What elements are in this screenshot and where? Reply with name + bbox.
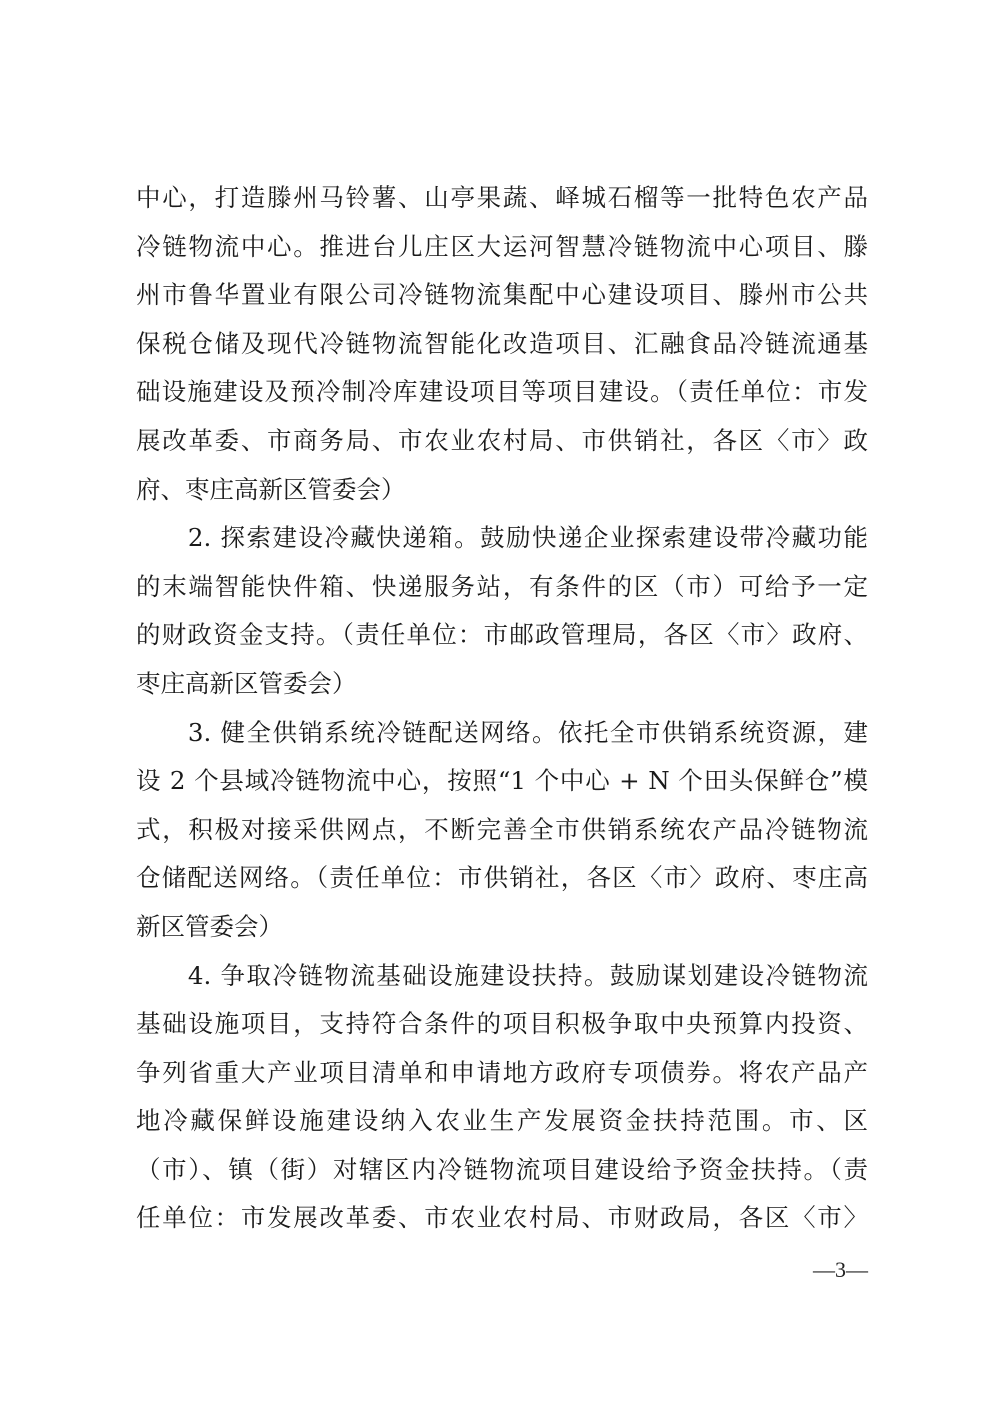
text-line: 州市鲁华置业有限公司冷链物流集配中心建设项目、滕州市公共 bbox=[136, 271, 868, 320]
text-line: 础设施建设及预冷制冷库建设项目等项目建设。（责任单位：市发 bbox=[136, 368, 868, 417]
text-line: 的财政资金支持。（责任单位：市邮政管理局，各区〈市〉政府、 bbox=[136, 611, 868, 660]
item-2-heading-line: 2. 探索建设冷藏快递箱。鼓励快递企业探索建设带冷藏功能 bbox=[136, 514, 868, 563]
text-line: 仓储配送网络。（责任单位：市供销社，各区〈市〉政府、枣庄高 bbox=[136, 854, 868, 903]
text-line: 冷链物流中心。推进台儿庄区大运河智慧冷链物流中心项目、滕 bbox=[136, 223, 868, 272]
item-3-heading-line: 3. 健全供销系统冷链配送网络。依托全市供销系统资源，建 bbox=[136, 709, 868, 758]
text-line: 新区管委会） bbox=[136, 903, 868, 952]
document-page: 中心，打造滕州马铃薯、山亭果蔬、峄城石榴等一批特色农产品 冷链物流中心。推进台儿… bbox=[0, 0, 1000, 1414]
text-line: 地冷藏保鲜设施建设纳入农业生产发展资金扶持范围。市、区 bbox=[136, 1097, 868, 1146]
text-line: 任单位：市发展改革委、市农业农村局、市财政局，各区〈市〉 bbox=[136, 1194, 868, 1243]
text-line: 基础设施项目，支持符合条件的项目积极争取中央预算内投资、 bbox=[136, 1000, 868, 1049]
text-line: 府、枣庄高新区管委会） bbox=[136, 466, 868, 515]
text-line: 争列省重大产业项目清单和申请地方政府专项债券。将农产品产 bbox=[136, 1049, 868, 1098]
text-line: 中心，打造滕州马铃薯、山亭果蔬、峄城石榴等一批特色农产品 bbox=[136, 174, 868, 223]
text-line: （市）、镇（街）对辖区内冷链物流项目建设给予资金扶持。（责 bbox=[136, 1146, 868, 1195]
page-number: —3— bbox=[796, 1256, 868, 1284]
body-text: 中心，打造滕州马铃薯、山亭果蔬、峄城石榴等一批特色农产品 冷链物流中心。推进台儿… bbox=[136, 174, 868, 1243]
item-4-heading-line: 4. 争取冷链物流基础设施建设扶持。鼓励谋划建设冷链物流 bbox=[136, 952, 868, 1001]
text-line: 展改革委、市商务局、市农业农村局、市供销社，各区〈市〉政 bbox=[136, 417, 868, 466]
text-line: 枣庄高新区管委会） bbox=[136, 660, 868, 709]
text-line: 式，积极对接采供网点，不断完善全市供销系统农产品冷链物流 bbox=[136, 806, 868, 855]
text-line: 设 2 个县域冷链物流中心，按照“1 个中心 + N 个田头保鲜仓”模 bbox=[136, 757, 868, 806]
text-line: 保税仓储及现代冷链物流智能化改造项目、汇融食品冷链流通基 bbox=[136, 320, 868, 369]
text-line: 的末端智能快件箱、快递服务站，有条件的区（市）可给予一定 bbox=[136, 563, 868, 612]
